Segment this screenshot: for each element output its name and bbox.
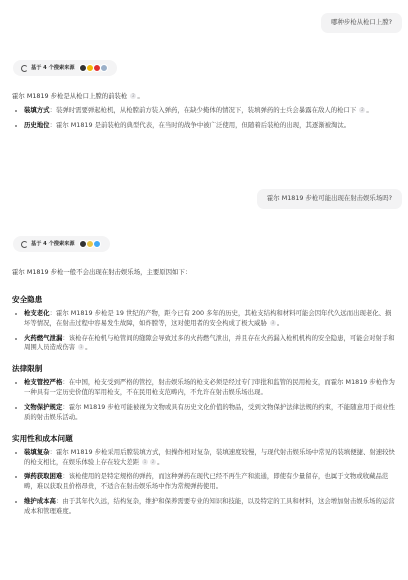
search-sources-label: 基于 4 个搜索来源: [31, 240, 75, 248]
bullet-text: ：在中国，枪支受到严格的管控，射击娱乐场的枪支必须是经过专门审批和监管的民用枪支…: [24, 378, 395, 396]
answer-bullet: 火药燃气泄漏：该枪存在枪机与枪管间的缝隙会导致过多的火药燃气泄出，并且存在火药漏…: [12, 334, 396, 354]
bullet-title: 维护成本高: [24, 497, 56, 505]
answer-intro: 霍尔 M1819 步枪一般不会出现在射击娱乐场，主要原因如下：: [12, 268, 396, 278]
section-heading: 安全隐患: [12, 294, 396, 306]
source-favicons: [80, 64, 108, 72]
answer-bullet-list: 枪支管控严格：在中国，枪支受到严格的管控，射击娱乐场的枪支必须是经过专门审批和监…: [12, 378, 396, 423]
answer-bullet: 历史地位：霍尔 M1819 是前装枪的典型代表，在当时的战争中被广泛使用，但随着…: [12, 121, 396, 131]
bullet-text: ：装弹时需要弹起枪机，从枪膛前方装入弹药，在缺少掩体的情况下，装填弹药的士兵会暴…: [50, 106, 357, 114]
section-heading: 法律限制: [12, 363, 396, 375]
bullet-text: ：霍尔 M1819 步枪可能被视为文物或具有历史文化价值的物品，受到文物保护法律…: [24, 403, 395, 421]
citation-marker[interactable]: 2: [150, 459, 156, 465]
answer-bullet: 枪支老化：霍尔 M1819 步枪是 19 世纪的产物，距今已有 200 多年的历…: [12, 309, 396, 329]
citation-marker[interactable]: 1: [142, 459, 148, 465]
source-favicon-icon: [93, 240, 101, 248]
bullet-title: 文物保护规定: [24, 403, 62, 411]
answer-bullet: 枪支管控严格：在中国，枪支受到严格的管控，射击娱乐场的枪支必须是经过专门审批和监…: [12, 378, 396, 398]
bullet-text: ：霍尔 M1819 是前装枪的典型代表，在当时的战争中被广泛使用，但随着后装枪的…: [50, 121, 351, 129]
bullet-title: 火药燃气泄漏: [24, 334, 62, 342]
answer-bullet: 装填方式：装弹时需要弹起枪机，从枪膛前方装入弹药，在缺少掩体的情况下，装填弹药的…: [12, 106, 396, 116]
section-heading: 实用性和成本问题: [12, 433, 396, 445]
search-loader-icon: [21, 241, 28, 248]
search-sources-label: 基于 4 个搜索来源: [31, 64, 75, 72]
answer-section: 实用性和成本问题 装填复杂：霍尔 M1819 步枪采用后膛装填方式，但操作相对复…: [12, 433, 396, 517]
bullet-title: 装填方式: [24, 106, 50, 114]
search-sources-button[interactable]: 基于 4 个搜索来源: [13, 60, 117, 76]
answer-bullet: 弹药获取困难：该枪使用的是特定规格的弹药，而这种弹药在现代已经不再生产和流通，即…: [12, 472, 396, 492]
bullet-text: ：由于其年代久远，结构复杂，维护和保养需要专业的知识和技能，以及特定的工具和材料…: [24, 497, 395, 515]
citation-marker[interactable]: 2: [359, 107, 365, 113]
answer-bullet-list: 枪支老化：霍尔 M1819 步枪是 19 世纪的产物，距今已有 200 多年的历…: [12, 309, 396, 354]
answer-intro-text: 霍尔 M1819 步枪是从枪口上膛的前装枪: [12, 92, 127, 100]
answer-section: 法律限制 枪支管控严格：在中国，枪支受到严格的管控，射击娱乐场的枪支必须是经过专…: [12, 363, 396, 422]
search-sources-button[interactable]: 基于 4 个搜索来源: [13, 236, 110, 252]
bullet-title: 弹药获取困难: [24, 472, 62, 480]
answer-bullet-list: 装填方式：装弹时需要弹起枪机，从枪膛前方装入弹药，在缺少掩体的情况下，装填弹药的…: [12, 106, 396, 131]
bullet-title: 枪支老化: [24, 309, 50, 317]
assistant-answer: 霍尔 M1819 步枪是从枪口上膛的前装枪 2。 装填方式：装弹时需要弹起枪机，…: [0, 92, 408, 136]
citation-marker[interactable]: 2: [130, 93, 136, 99]
answer-bullet: 维护成本高：由于其年代久远，结构复杂，维护和保养需要专业的知识和技能，以及特定的…: [12, 497, 396, 517]
search-sources-row: 基于 4 个搜索来源: [0, 60, 117, 76]
user-message-bubble[interactable]: 霍尔 M1819 步枪可能出现在射击娱乐场吗?: [257, 189, 402, 209]
bullet-title: 枪支管控严格: [24, 378, 62, 386]
answer-bullet-list: 装填复杂：霍尔 M1819 步枪采用后膛装填方式，但操作相对复杂，装填速度较慢，…: [12, 448, 396, 518]
assistant-answer: 霍尔 M1819 步枪一般不会出现在射击娱乐场，主要原因如下： 安全隐患 枪支老…: [0, 268, 408, 522]
bullet-text: ：霍尔 M1819 步枪采用后膛装填方式，但操作相对复杂，装填速度较慢，与现代射…: [24, 448, 395, 466]
source-favicon-icon: [100, 64, 108, 72]
answer-bullet: 装填复杂：霍尔 M1819 步枪采用后膛装填方式，但操作相对复杂，装填速度较慢，…: [12, 448, 396, 468]
user-message-row: 哪种步枪从枪口上膛?: [321, 13, 408, 33]
bullet-title: 装填复杂: [24, 448, 50, 456]
citation-marker[interactable]: 1: [78, 344, 84, 350]
answer-bullet: 文物保护规定：霍尔 M1819 步枪可能被视为文物或具有历史文化价值的物品，受到…: [12, 403, 396, 423]
search-loader-icon: [21, 65, 28, 72]
user-message-bubble[interactable]: 哪种步枪从枪口上膛?: [321, 13, 402, 33]
source-favicons: [80, 240, 101, 248]
bullet-text: ：该枪使用的是特定规格的弹药，而这种弹药在现代已经不再生产和流通，即使有少量留存…: [24, 472, 388, 490]
user-message-row: 霍尔 M1819 步枪可能出现在射击娱乐场吗?: [257, 189, 408, 209]
bullet-text: ：霍尔 M1819 步枪是 19 世纪的产物，距今已有 200 多年的历史，其枪…: [24, 309, 391, 327]
answer-section: 安全隐患 枪支老化：霍尔 M1819 步枪是 19 世纪的产物，距今已有 200…: [12, 294, 396, 353]
answer-intro: 霍尔 M1819 步枪是从枪口上膛的前装枪 2。: [12, 92, 396, 102]
citation-marker[interactable]: 3: [270, 320, 276, 326]
search-sources-row: 基于 4 个搜索来源: [0, 236, 110, 252]
bullet-title: 历史地位: [24, 121, 50, 129]
